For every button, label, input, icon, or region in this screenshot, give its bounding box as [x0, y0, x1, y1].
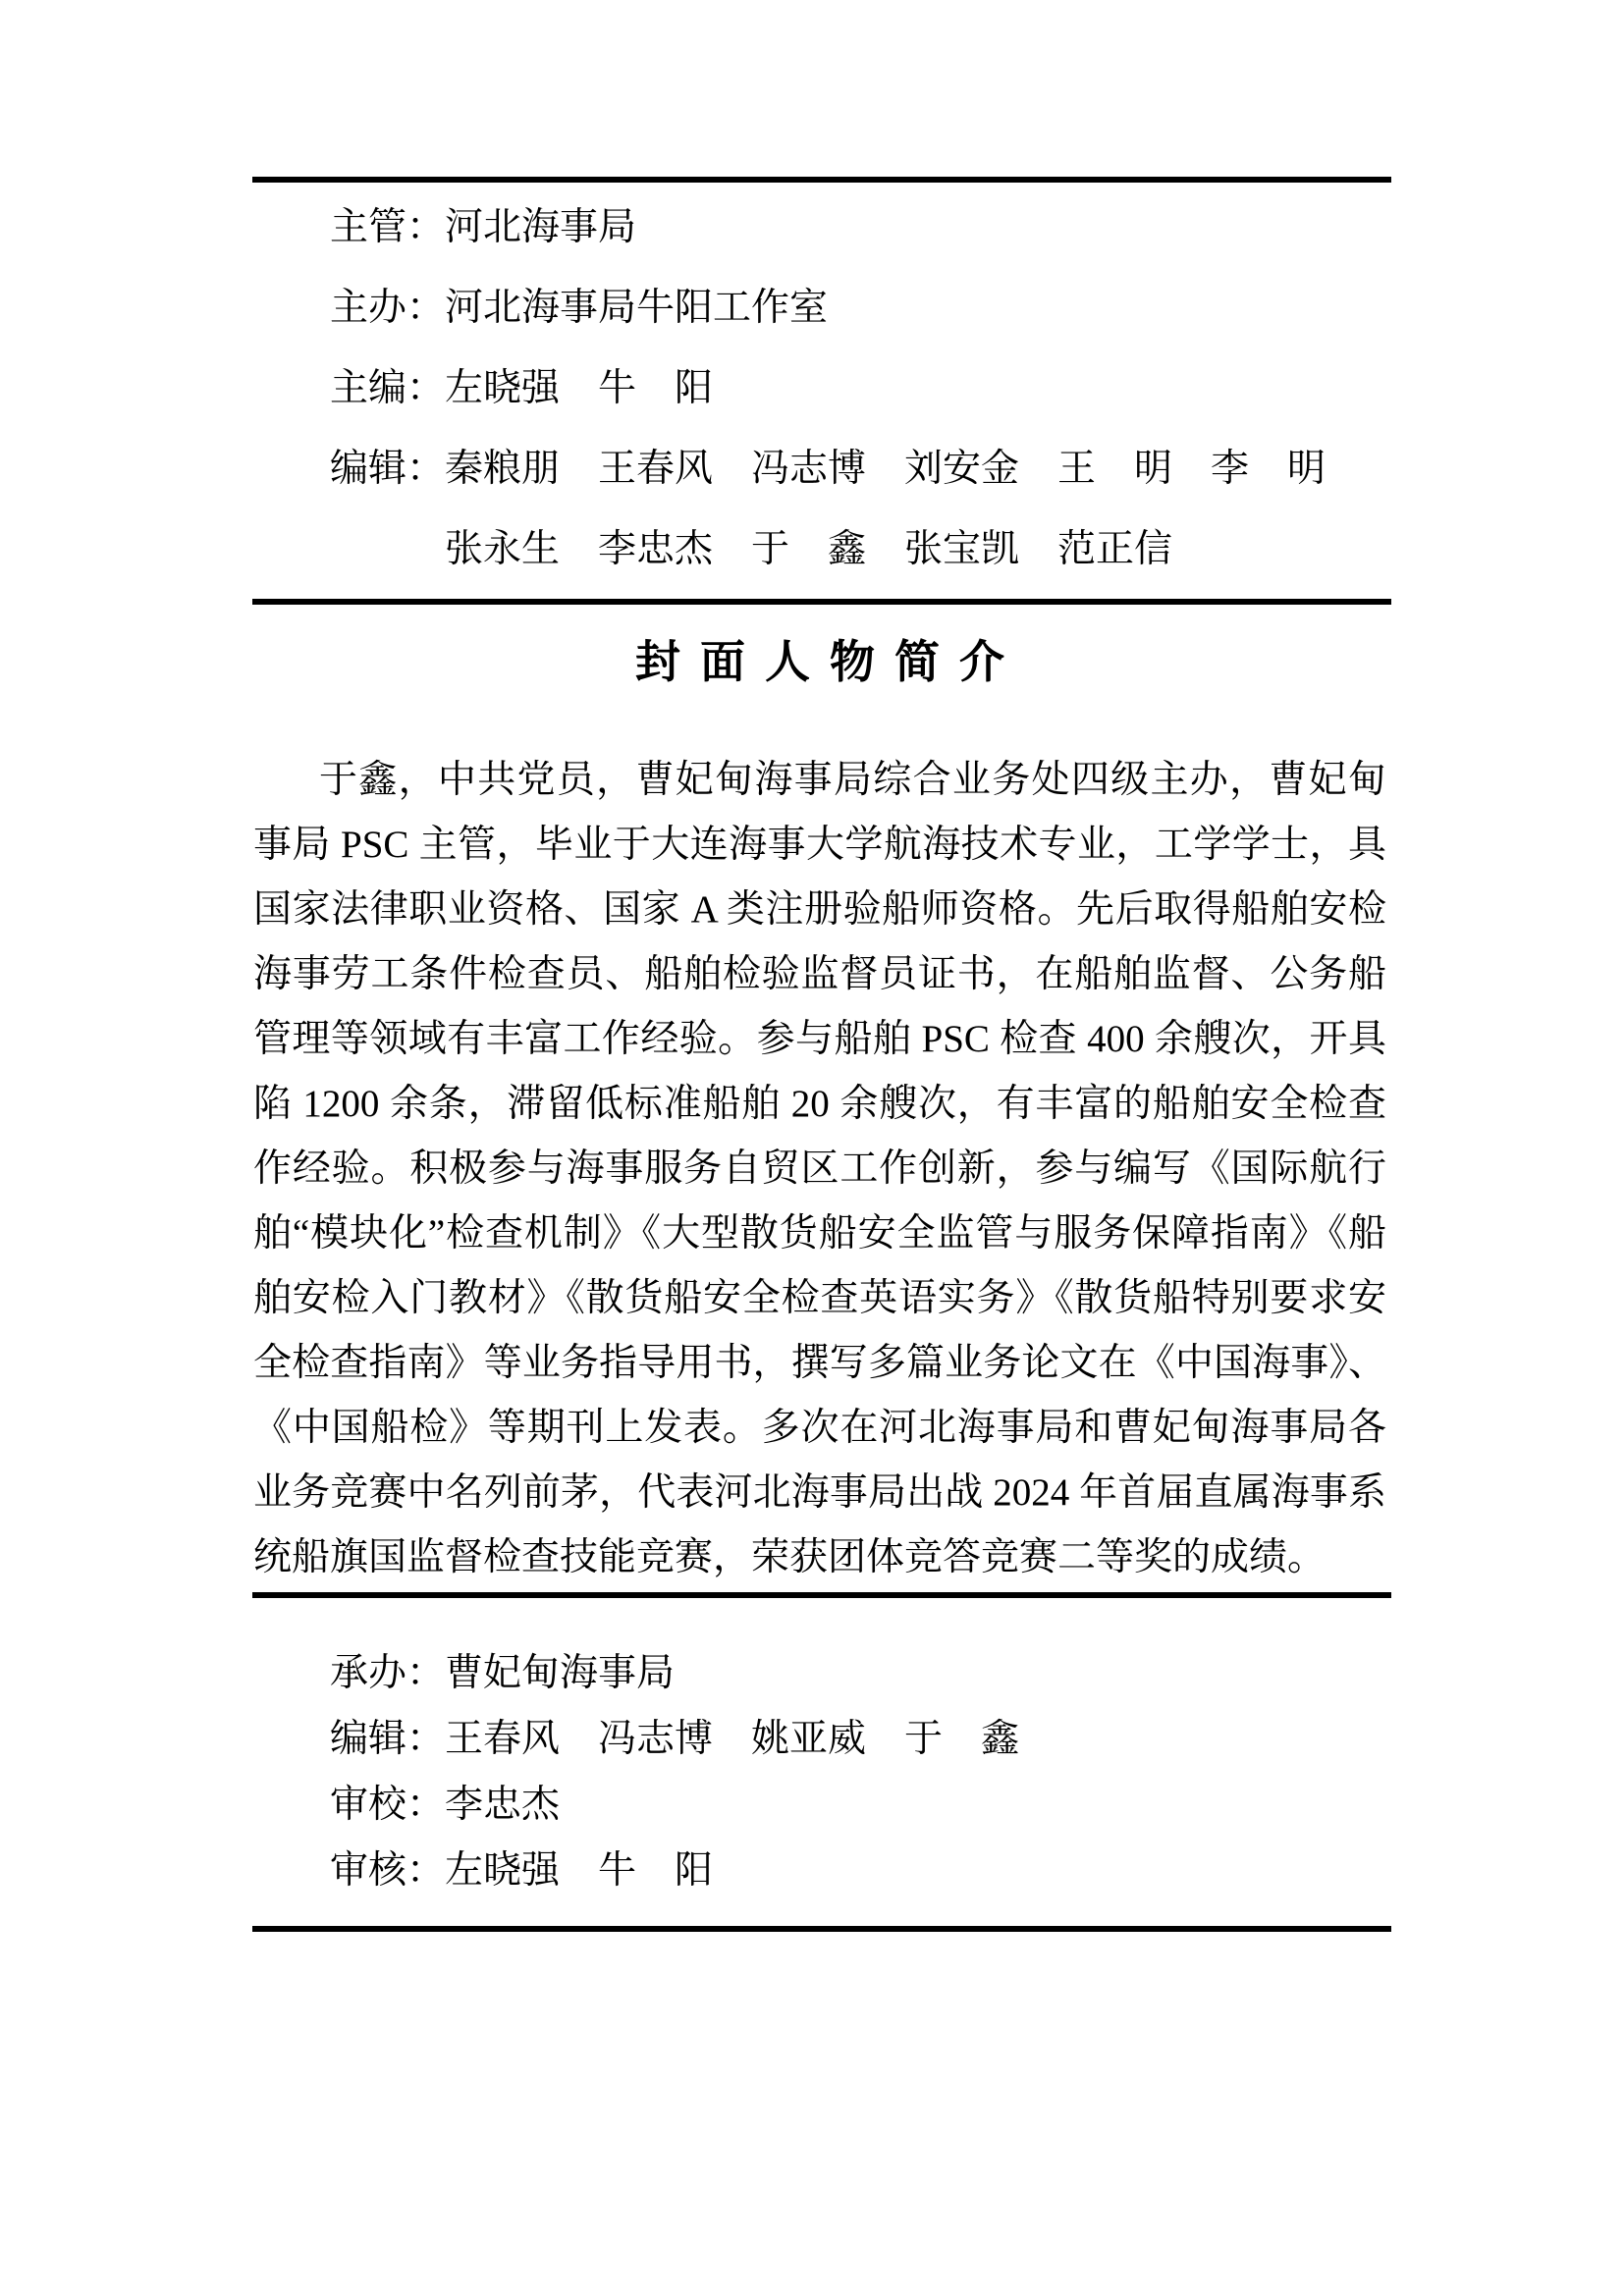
document-page: 主管：河北海事局 主办：河北海事局牛阳工作室 主编：左晓强 牛 阳 编辑：秦粮朋… [0, 0, 1624, 2296]
masthead-label: 主办： [330, 287, 445, 329]
intro-line: 统船旗国监督检查技能竞赛，荣获团体竞答竞赛二等奖的成绩。 [253, 1525, 1386, 1590]
footer-value: 李忠杰 [445, 1784, 560, 1826]
section-title: 封面人物简介 [253, 633, 1386, 692]
intro-line: 舶安检入门教材》《散货船安全检查英语实务》《散货船特别要求安 [253, 1266, 1386, 1331]
intro-line: 舶“模块化”检查机制》《大型散货船安全监管与服务保障指南》《船 [253, 1201, 1386, 1266]
divider-low [252, 1592, 1391, 1598]
footer-value: 左晓强 牛 阳 [445, 1849, 713, 1892]
intro-line: 海事劳工条件检查员、船舶检验监督员证书，在船舶监督、公务船艇 [253, 942, 1386, 1007]
divider-bottom [252, 1926, 1391, 1932]
masthead-block: 主管：河北海事局 主办：河北海事局牛阳工作室 主编：左晓强 牛 阳 编辑：秦粮朋… [253, 187, 1386, 590]
masthead-value: 河北海事局牛阳工作室 [445, 287, 828, 329]
masthead-row-chief-editor: 主编：左晓强 牛 阳 [253, 348, 1386, 429]
masthead-label: 编辑： [330, 448, 445, 490]
masthead-value: 左晓强 牛 阳 [445, 367, 713, 409]
intro-line: 管理等领域有丰富工作经验。参与船舶 PSC 检查 400 余艘次，开具缺 [253, 1007, 1386, 1072]
masthead-row-editors-1: 编辑：秦粮朋 王春风 冯志博 刘安金 王 明 李 明 [253, 429, 1386, 509]
footer-label: 编辑： [330, 1718, 445, 1760]
intro-line: 全检查指南》等业务指导用书，撰写多篇业务论文在《中国海事》、 [253, 1331, 1386, 1396]
divider-mid [252, 599, 1391, 605]
footer-row-editors: 编辑：王春风 冯志博 姚亚威 于 鑫 [253, 1706, 1386, 1772]
intro-line: 《中国船检》等期刊上发表。多次在河北海事局和曹妃甸海事局各类 [253, 1396, 1386, 1461]
intro-line: 作经验。积极参与海事服务自贸区工作创新，参与编写《国际航行船 [253, 1137, 1386, 1201]
footer-value: 曹妃甸海事局 [445, 1652, 675, 1694]
intro-paragraph: 于鑫，中共党员，曹妃甸海事局综合业务处四级主办，曹妃甸海 事局 PSC 主管，毕… [253, 748, 1386, 1590]
footer-row-proofreader: 审校：李忠杰 [253, 1772, 1386, 1838]
intro-line: 陷 1200 余条，滞留低标准船舶 20 余艘次，有丰富的船舶安全检查工 [253, 1072, 1386, 1137]
masthead-label: 主编： [330, 367, 445, 409]
footer-value: 王春风 冯志博 姚亚威 于 鑫 [445, 1718, 1019, 1760]
intro-line: 事局 PSC 主管，毕业于大连海事大学航海技术专业，工学学士，具有 [253, 813, 1386, 878]
masthead-value: 张永生 李忠杰 于 鑫 张宝凯 范正信 [445, 528, 1172, 570]
intro-line: 国家法律职业资格、国家 A 类注册验船师资格。先后取得船舶安检员、 [253, 878, 1386, 942]
footer-row-undertaker: 承办：曹妃甸海事局 [253, 1640, 1386, 1706]
masthead-value: 秦粮朋 王春风 冯志博 刘安金 王 明 李 明 [445, 448, 1326, 490]
masthead-value: 河北海事局 [445, 206, 636, 248]
masthead-row-supervisor: 主管：河北海事局 [253, 187, 1386, 268]
footer-block: 承办：曹妃甸海事局 编辑：王春风 冯志博 姚亚威 于 鑫 审校：李忠杰 审核：左… [253, 1640, 1386, 1903]
footer-label: 承办： [330, 1652, 445, 1694]
masthead-row-organizer: 主办：河北海事局牛阳工作室 [253, 268, 1386, 348]
intro-line: 业务竞赛中名列前茅，代表河北海事局出战 2024 年首届直属海事系 [253, 1461, 1386, 1525]
intro-line: 于鑫，中共党员，曹妃甸海事局综合业务处四级主办，曹妃甸海 [253, 748, 1386, 813]
masthead-row-editors-2: 张永生 李忠杰 于 鑫 张宝凯 范正信 [253, 509, 1386, 590]
footer-row-reviewer: 审核：左晓强 牛 阳 [253, 1838, 1386, 1903]
divider-top [252, 177, 1391, 183]
masthead-label: 主管： [330, 206, 445, 248]
footer-label: 审校： [330, 1784, 445, 1826]
footer-label: 审核： [330, 1849, 445, 1892]
